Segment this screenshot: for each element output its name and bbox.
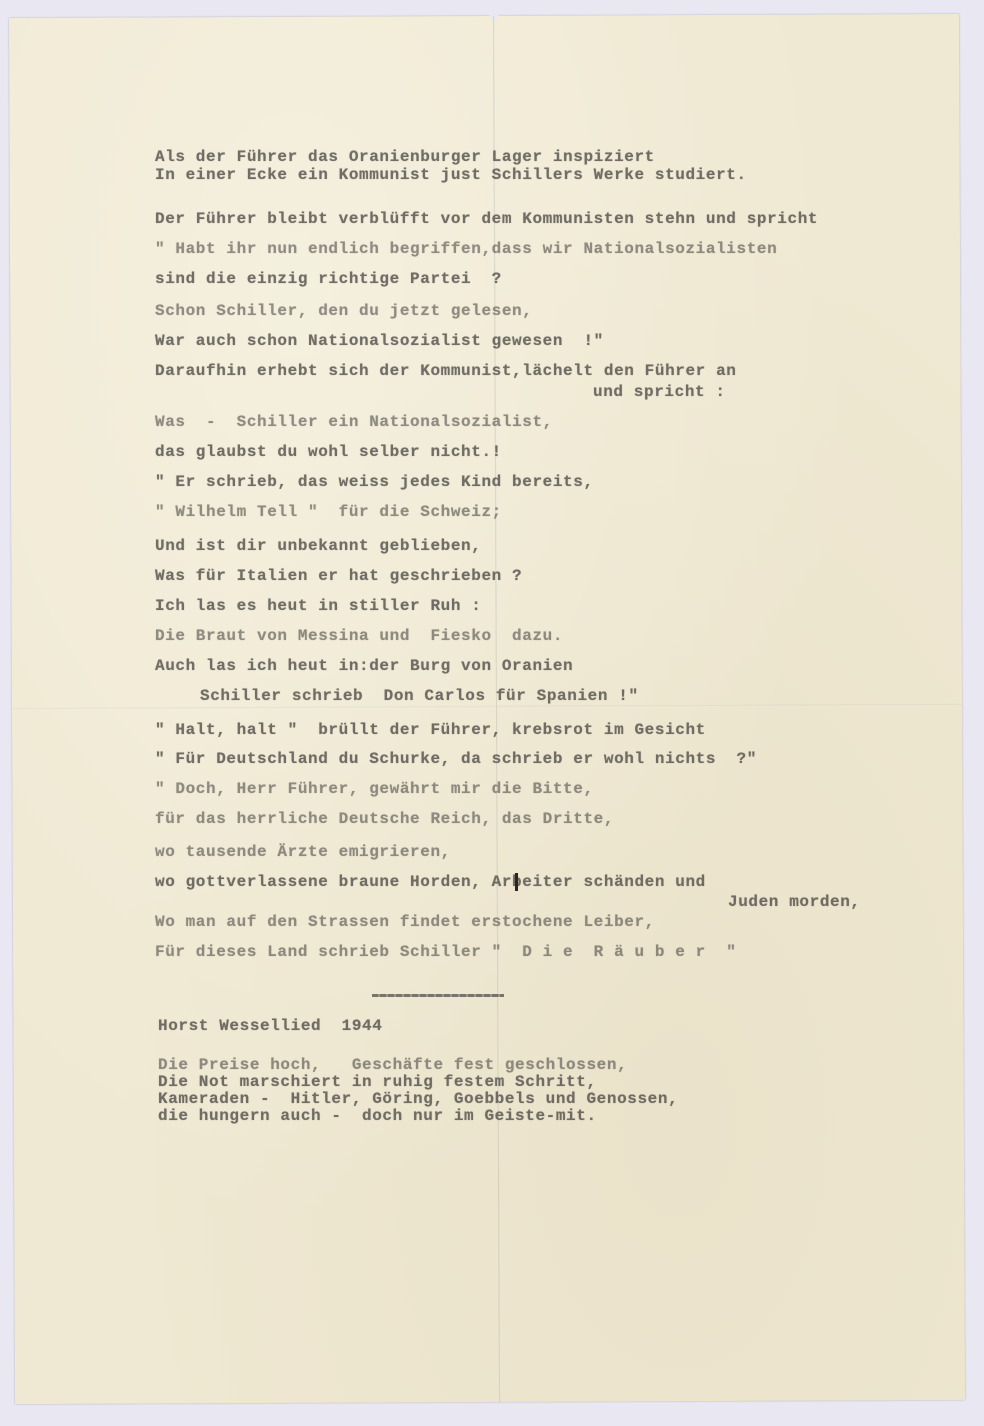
poem-line: für das herrliche Deutsche Reich, das Dr… (155, 810, 614, 828)
poem-line: Was - Schiller ein Nationalsozialist, (155, 413, 553, 431)
poem-line: Wo man auf den Strassen findet erstochen… (155, 913, 655, 931)
poem-line: Die Not marschiert in ruhig festem Schri… (158, 1073, 597, 1091)
poem-line: Ich las es heut in stiller Ruh : (155, 597, 481, 615)
poem-line: " Er schrieb, das weiss jedes Kind berei… (155, 473, 594, 491)
poem-line: Was für Italien er hat geschrieben ? (155, 567, 522, 585)
poem-line: War auch schon Nationalsozialist gewesen… (155, 332, 604, 350)
poem-line-continuation: Juden morden, (728, 893, 861, 911)
poem-line: Auch las ich heut in:der Burg von Oranie… (155, 657, 573, 675)
poem-line: Schon Schiller, den du jetzt gelesen, (155, 302, 532, 320)
poem-line: " Halt, halt " brüllt der Führer, krebsr… (155, 721, 706, 739)
poem-line: " Doch, Herr Führer, gewährt mir die Bit… (155, 780, 594, 798)
poem-line: " Wilhelm Tell " für die Schweiz; (155, 503, 502, 521)
poem-line: wo gottverlassene braune Horden, Arbeite… (155, 873, 706, 891)
poem-line: wo tausende Ärzte emigrieren, (155, 843, 451, 861)
section-divider (372, 994, 504, 997)
poem-line: Die Braut von Messina und Fiesko dazu. (155, 627, 563, 645)
poem-line: sind die einzig richtige Partei ? (155, 270, 502, 288)
poem-line-continuation: und spricht : (593, 383, 726, 401)
poem-line: " Für Deutschland du Schurke, da schrieb… (155, 750, 757, 768)
poem-line: Der Führer bleibt verblüfft vor dem Komm… (155, 210, 818, 228)
poem-line: In einer Ecke ein Kommunist just Schille… (155, 166, 747, 184)
poem-line: Schiller schrieb Don Carlos für Spanien … (200, 687, 639, 705)
section-title: Horst Wessellied 1944 (158, 1017, 382, 1035)
poem-line: Für dieses Land schrieb Schiller " D i e… (155, 943, 737, 961)
poem-line: " Habt ihr nun endlich begriffen,dass wi… (155, 240, 777, 258)
poem-line: die hungern auch - doch nur im Geiste-mi… (158, 1107, 597, 1125)
ink-mark (515, 873, 518, 891)
poem-line: Kameraden - Hitler, Göring, Goebbels und… (158, 1090, 678, 1108)
poem-line: das glaubst du wohl selber nicht.! (155, 443, 502, 461)
poem-line: Und ist dir unbekannt geblieben, (155, 537, 481, 555)
poem-line: Die Preise hoch, Geschäfte fest geschlos… (158, 1056, 627, 1074)
poem-line: Als der Führer das Oranienburger Lager i… (155, 148, 655, 166)
poem-line: Daraufhin erhebt sich der Kommunist,läch… (155, 362, 737, 380)
